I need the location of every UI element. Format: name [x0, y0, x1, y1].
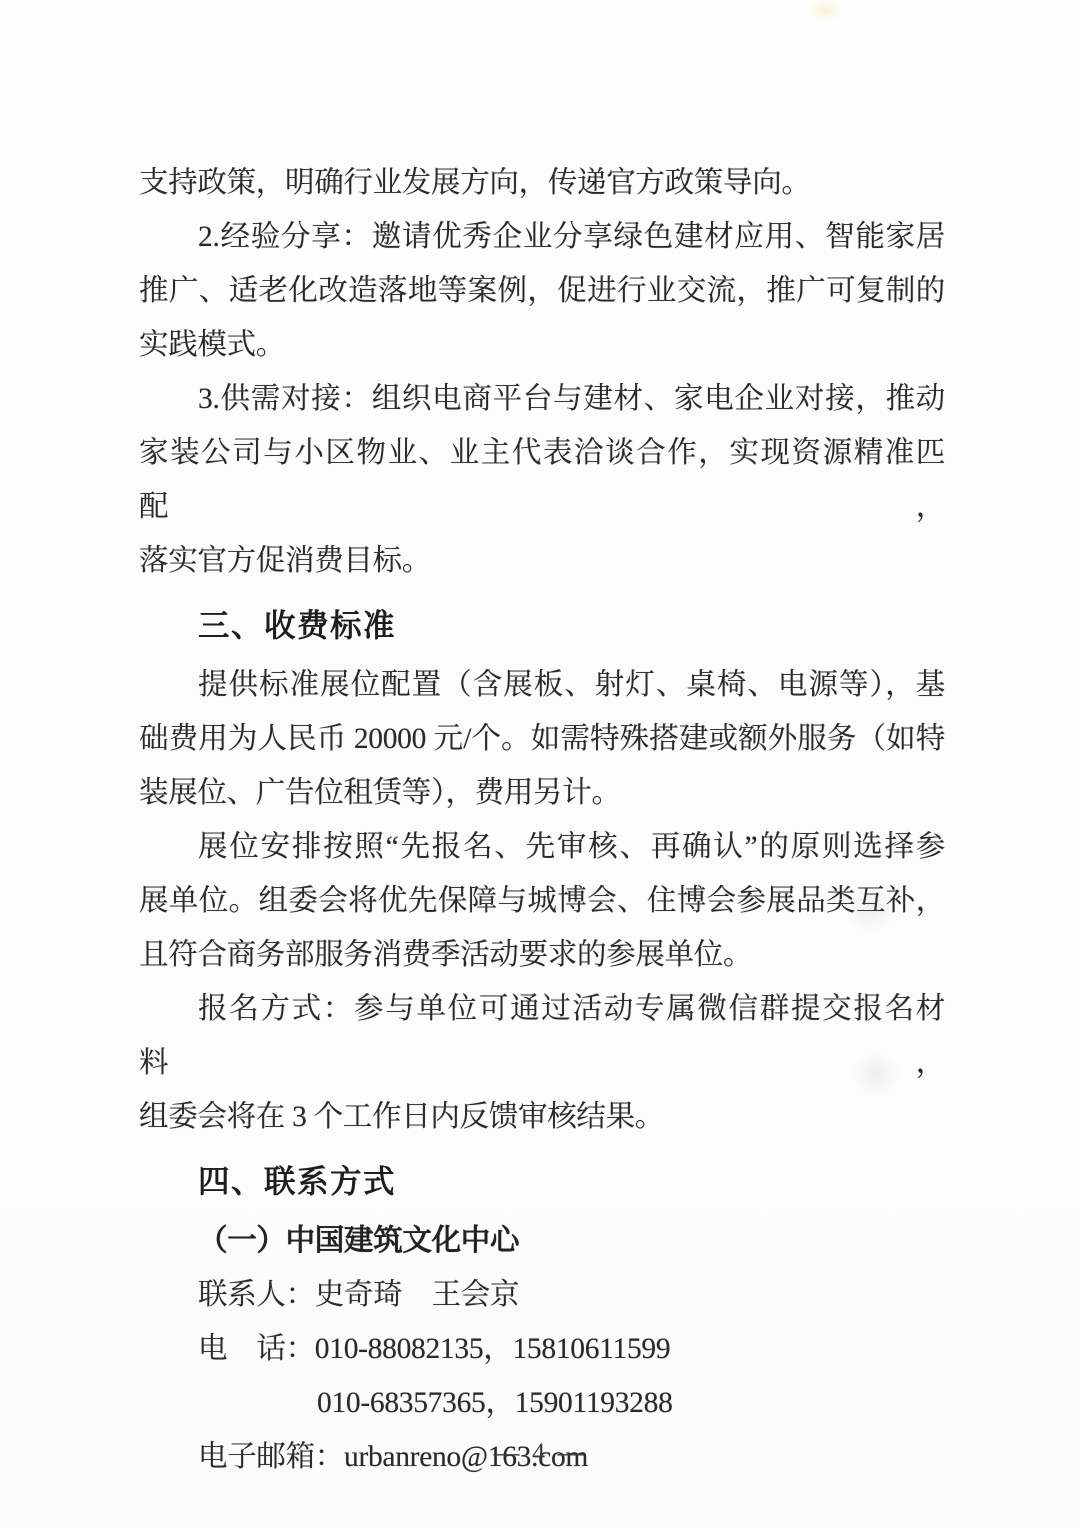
paragraph-line: 展单位。组委会将优先保障与城博会、住博会参展品类互补，: [139, 874, 945, 928]
numbered-item-line: 2.经验分享：邀请优秀企业分享绿色建材应用、智能家居: [139, 210, 945, 264]
subsection-heading-org: （一）中国建筑文化中心: [139, 1214, 945, 1268]
paragraph-tail-line: 支持政策，明确行业发展方向，传递官方政策导向。: [139, 156, 945, 210]
document-body: 支持政策，明确行业发展方向，传递官方政策导向。 2.经验分享：邀请优秀企业分享绿…: [139, 156, 945, 1484]
page-number: — 4 —: [0, 1438, 1080, 1468]
paragraph-line: 组委会将在 3 个工作日内反馈审核结果。: [139, 1090, 945, 1144]
phone-line-2: 010-68357365，15901193288: [139, 1376, 945, 1430]
paragraph-line: 且符合商务部服务消费季活动要求的参展单位。: [139, 928, 945, 982]
paragraph-line: 展位安排按照“先报名、先审核、再确认”的原则选择参: [139, 820, 945, 874]
phone-line-1: 电 话：010-88082135，15810611599: [139, 1322, 945, 1376]
scanned-document-page: 支持政策，明确行业发展方向，传递官方政策导向。 2.经验分享：邀请优秀企业分享绿…: [0, 0, 1080, 1527]
paragraph-line: 础费用为人民币 20000 元/个。如需特殊搭建或额外服务（如特: [139, 712, 945, 766]
numbered-item-line: 3.供需对接：组织电商平台与建材、家电企业对接，推动: [139, 372, 945, 426]
paragraph-line: 提供标准展位配置（含展板、射灯、桌椅、电源等），基: [139, 658, 945, 712]
section-heading-fees: 三、收费标准: [139, 598, 945, 652]
paragraph-line: 报名方式：参与单位可通过活动专属微信群提交报名材料，: [139, 982, 945, 1090]
numbered-item-line: 实践模式。: [139, 318, 945, 372]
numbered-item-line: 家装公司与小区物业、业主代表洽谈合作，实现资源精准匹配，: [139, 426, 945, 534]
paragraph-line: 装展位、广告位租赁等），费用另计。: [139, 766, 945, 820]
numbered-item-line: 落实官方促消费目标。: [139, 534, 945, 588]
scan-artifact: [808, 0, 842, 22]
section-heading-contact: 四、联系方式: [139, 1154, 945, 1208]
contact-person-line: 联系人：史奇琦 王会京: [139, 1268, 945, 1322]
numbered-item-line: 推广、适老化改造落地等案例，促进行业交流，推广可复制的: [139, 264, 945, 318]
